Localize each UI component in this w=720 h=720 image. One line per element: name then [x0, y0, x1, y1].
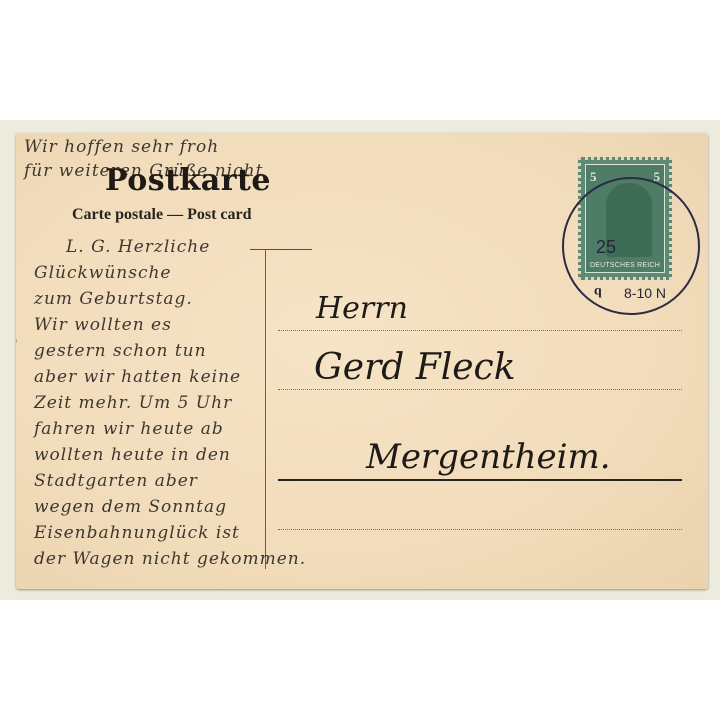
address-line-underlined	[278, 479, 682, 481]
address-line	[278, 389, 682, 390]
postmark-time: 8-10 N	[624, 285, 666, 301]
message-line: Stadtgarten aber	[34, 471, 198, 491]
message-line: Wir hoffen sehr froh	[24, 137, 219, 157]
address-salutation: Herrn	[316, 291, 408, 326]
postmark-date: 25	[596, 237, 616, 258]
message-line: Eisenbahnunglück ist	[34, 523, 240, 543]
message-line: gestern schon tun	[34, 341, 207, 361]
address-city: Mergentheim.	[366, 437, 611, 477]
divider-vertical	[265, 249, 266, 569]
message-line: L. G. Herzliche	[66, 237, 210, 257]
message-line: Zeit mehr. Um 5 Uhr	[34, 393, 232, 413]
message-line: für weiteren Grüße nicht	[24, 161, 263, 181]
message-line: aber wir hatten keine	[34, 367, 241, 387]
message-line: Glückwünsche	[34, 263, 172, 283]
message-line: wollten heute in den	[34, 445, 231, 465]
address-line	[278, 529, 682, 530]
address-line	[278, 330, 682, 331]
divider-horizontal	[250, 249, 312, 250]
postmark-letter: b	[594, 283, 602, 299]
postcard-subtitle: Carte postale — Post card	[72, 206, 252, 224]
printer-imprint: … Stuttgart. 1906. Nr. 1443.	[16, 276, 17, 368]
message-line: der Wagen nicht gekommen.	[34, 549, 306, 569]
message-line: wegen dem Sonntag	[34, 497, 227, 517]
address-name: Gerd Fleck	[314, 347, 516, 388]
postcard: Postkarte Carte postale — Post card … St…	[16, 133, 708, 589]
message-line: zum Geburtstag.	[34, 289, 193, 309]
message-line: Wir wollten es	[34, 315, 172, 335]
stamp-value-left: 5	[590, 169, 597, 185]
message-line: fahren wir heute ab	[34, 419, 224, 439]
